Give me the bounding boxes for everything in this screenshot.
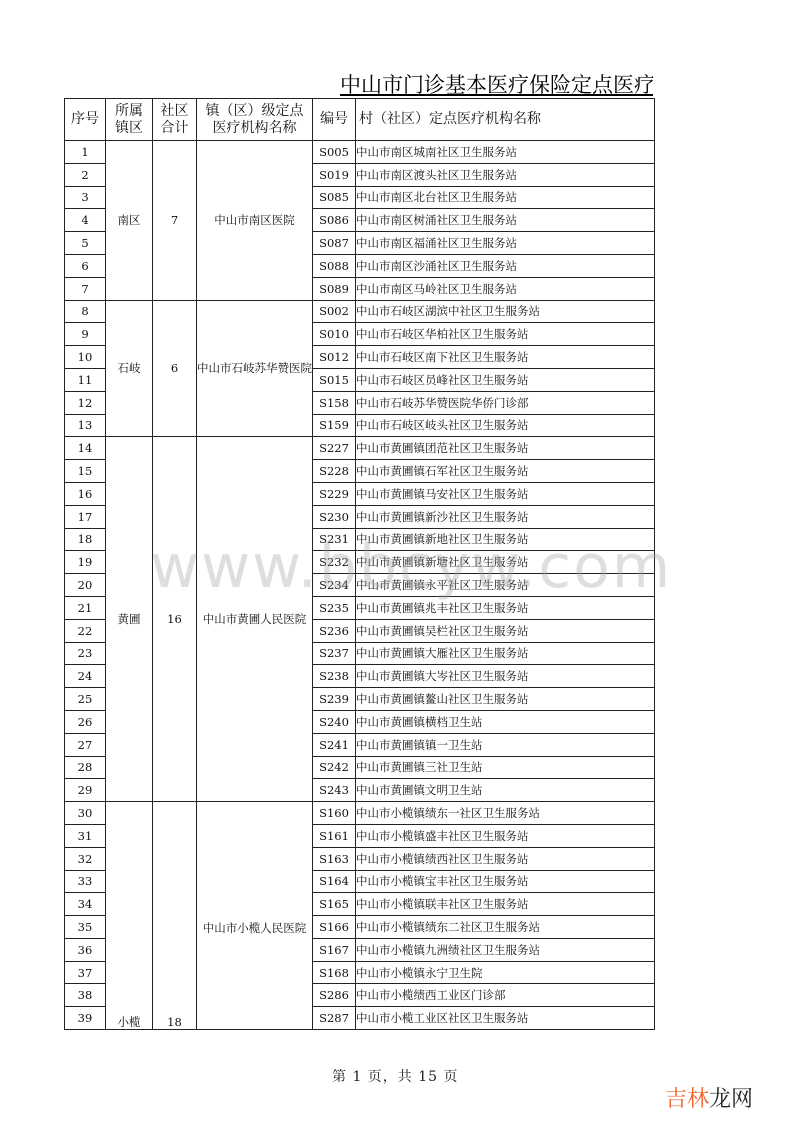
row-number: 35 xyxy=(65,916,106,939)
row-number: 34 xyxy=(65,893,106,916)
header-count: 社区合计 xyxy=(153,99,197,141)
district-cell: 南区 xyxy=(106,141,153,301)
station-code: S236 xyxy=(313,619,356,642)
document-title: 中山市门诊基本医疗保险定点医疗 xyxy=(340,73,653,99)
header-row: 序号 所属镇区 社区合计 镇（区）级定点医疗机构名称 编号 村（社区）定点医疗机… xyxy=(65,99,655,141)
station-name: 中山市黄圃镇大岑社区卫生服务站 xyxy=(356,665,655,688)
station-name: 中山市南区城南社区卫生服务站 xyxy=(356,141,655,164)
station-name: 中山市黄圃镇鳌山社区卫生服务站 xyxy=(356,688,655,711)
station-code: S002 xyxy=(313,300,356,323)
row-number: 4 xyxy=(65,209,106,232)
brand-part1: 吉林 xyxy=(665,1087,709,1112)
station-code: S015 xyxy=(313,368,356,391)
station-name: 中山市小榄镇联丰社区卫生服务站 xyxy=(356,893,655,916)
station-code: S164 xyxy=(313,870,356,893)
row-number: 2 xyxy=(65,163,106,186)
row-number: 5 xyxy=(65,232,106,255)
header-hospital: 镇（区）级定点医疗机构名称 xyxy=(197,99,313,141)
station-name: 中山市黄圃镇马安社区卫生服务站 xyxy=(356,482,655,505)
row-number: 20 xyxy=(65,574,106,597)
station-code: S089 xyxy=(313,277,356,300)
station-name: 中山市石岐区岐头社区卫生服务站 xyxy=(356,414,655,437)
station-code: S086 xyxy=(313,209,356,232)
station-code: S163 xyxy=(313,847,356,870)
district-cell: 黄圃 xyxy=(106,437,153,802)
station-name: 中山市黄圃镇横档卫生站 xyxy=(356,710,655,733)
station-name: 中山市南区马岭社区卫生服务站 xyxy=(356,277,655,300)
header-no: 序号 xyxy=(65,99,106,141)
station-name: 中山市黄圃镇兆丰社区卫生服务站 xyxy=(356,596,655,619)
row-number: 1 xyxy=(65,141,106,164)
station-name: 中山市黄圃镇文明卫生站 xyxy=(356,779,655,802)
row-number: 28 xyxy=(65,756,106,779)
station-name: 中山市南区北台社区卫生服务站 xyxy=(356,186,655,209)
station-code: S005 xyxy=(313,141,356,164)
station-name: 中山市小榄镇绩东二社区卫生服务站 xyxy=(356,916,655,939)
row-number: 32 xyxy=(65,847,106,870)
row-number: 6 xyxy=(65,254,106,277)
station-code: S087 xyxy=(313,232,356,255)
clinic-table: 序号 所属镇区 社区合计 镇（区）级定点医疗机构名称 编号 村（社区）定点医疗机… xyxy=(64,98,655,1030)
row-number: 33 xyxy=(65,870,106,893)
station-name: 中山市小榄工业区社区卫生服务站 xyxy=(356,1007,655,1030)
station-name: 中山市南区渡头社区卫生服务站 xyxy=(356,163,655,186)
station-code: S085 xyxy=(313,186,356,209)
station-code: S234 xyxy=(313,574,356,597)
header-district: 所属镇区 xyxy=(106,99,153,141)
station-name: 中山市黄圃镇三社卫生站 xyxy=(356,756,655,779)
station-name: 中山市小榄镇绩西社区卫生服务站 xyxy=(356,847,655,870)
table-row: 1南区7中山市南区医院S005中山市南区城南社区卫生服务站 xyxy=(65,141,655,164)
page-footer: 第 1 页，共 15 页 xyxy=(332,1066,459,1086)
row-number: 14 xyxy=(65,437,106,460)
station-code: S239 xyxy=(313,688,356,711)
station-name: 中山市黄圃镇镇一卫生站 xyxy=(356,733,655,756)
district-cell: 小榄 xyxy=(106,802,153,1030)
row-number: 27 xyxy=(65,733,106,756)
community-count-cell: 7 xyxy=(153,141,197,301)
row-number: 24 xyxy=(65,665,106,688)
station-name: 中山市石岐区南下社区卫生服务站 xyxy=(356,346,655,369)
hospital-cell: 中山市南区医院 xyxy=(197,141,313,301)
table-row: 14黄圃16中山市黄圃人民医院S227中山市黄圃镇团范社区卫生服务站 xyxy=(65,437,655,460)
row-number: 10 xyxy=(65,346,106,369)
station-code: S232 xyxy=(313,551,356,574)
station-code: S230 xyxy=(313,505,356,528)
row-number: 38 xyxy=(65,984,106,1007)
station-code: S160 xyxy=(313,802,356,825)
station-name: 中山市石岐区湖滨中社区卫生服务站 xyxy=(356,300,655,323)
station-code: S241 xyxy=(313,733,356,756)
table-row: 30小榄18中山市小榄人民医院S160中山市小榄镇绩东一社区卫生服务站 xyxy=(65,802,655,825)
station-code: S243 xyxy=(313,779,356,802)
row-number: 25 xyxy=(65,688,106,711)
row-number: 11 xyxy=(65,368,106,391)
row-number: 13 xyxy=(65,414,106,437)
station-code: S166 xyxy=(313,916,356,939)
station-name: 中山市南区福涌社区卫生服务站 xyxy=(356,232,655,255)
station-name: 中山市石岐区华柏社区卫生服务站 xyxy=(356,323,655,346)
hospital-cell: 中山市黄圃人民医院 xyxy=(197,437,313,802)
community-count-cell: 6 xyxy=(153,300,197,437)
community-count-cell: 18 xyxy=(153,802,197,1030)
station-name: 中山市黄圃镇石军社区卫生服务站 xyxy=(356,460,655,483)
hospital-cell: 中山市小榄人民医院 xyxy=(197,802,313,1030)
row-number: 26 xyxy=(65,710,106,733)
station-name: 中山市黄圃镇新地社区卫生服务站 xyxy=(356,528,655,551)
station-name: 中山市黄圃镇新沙社区卫生服务站 xyxy=(356,505,655,528)
station-name: 中山市小榄镇九洲绩社区卫生服务站 xyxy=(356,938,655,961)
station-code: S019 xyxy=(313,163,356,186)
table-row: 8石岐6中山市石岐苏华赞医院S002中山市石岐区湖滨中社区卫生服务站 xyxy=(65,300,655,323)
station-name: 中山市南区树涌社区卫生服务站 xyxy=(356,209,655,232)
row-number: 9 xyxy=(65,323,106,346)
station-code: S242 xyxy=(313,756,356,779)
row-number: 29 xyxy=(65,779,106,802)
hospital-cell: 中山市石岐苏华赞医院 xyxy=(197,300,313,437)
row-number: 19 xyxy=(65,551,106,574)
row-number: 12 xyxy=(65,391,106,414)
station-code: S088 xyxy=(313,254,356,277)
community-count-cell: 16 xyxy=(153,437,197,802)
station-name: 中山市黄圃镇团范社区卫生服务站 xyxy=(356,437,655,460)
station-code: S286 xyxy=(313,984,356,1007)
station-code: S165 xyxy=(313,893,356,916)
row-number: 30 xyxy=(65,802,106,825)
row-number: 21 xyxy=(65,596,106,619)
row-number: 31 xyxy=(65,824,106,847)
station-name: 中山市黄圃镇永平社区卫生服务站 xyxy=(356,574,655,597)
station-code: S231 xyxy=(313,528,356,551)
row-number: 8 xyxy=(65,300,106,323)
row-number: 36 xyxy=(65,938,106,961)
row-number: 18 xyxy=(65,528,106,551)
station-code: S167 xyxy=(313,938,356,961)
station-code: S158 xyxy=(313,391,356,414)
station-name: 中山市黄圃镇新塘社区卫生服务站 xyxy=(356,551,655,574)
station-name: 中山市小榄绩西工业区门诊部 xyxy=(356,984,655,1007)
station-code: S010 xyxy=(313,323,356,346)
station-code: S159 xyxy=(313,414,356,437)
station-code: S238 xyxy=(313,665,356,688)
station-code: S012 xyxy=(313,346,356,369)
station-code: S229 xyxy=(313,482,356,505)
station-name: 中山市南区沙涌社区卫生服务站 xyxy=(356,254,655,277)
row-number: 17 xyxy=(65,505,106,528)
brand-part2: 龙网 xyxy=(709,1087,753,1112)
row-number: 16 xyxy=(65,482,106,505)
row-number: 39 xyxy=(65,1007,106,1030)
station-code: S235 xyxy=(313,596,356,619)
row-number: 7 xyxy=(65,277,106,300)
row-number: 3 xyxy=(65,186,106,209)
station-code: S240 xyxy=(313,710,356,733)
brand-logo: 吉林龙网 xyxy=(665,1082,753,1113)
station-name: 中山市小榄镇绩东一社区卫生服务站 xyxy=(356,802,655,825)
station-name: 中山市石岐苏华赞医院华侨门诊部 xyxy=(356,391,655,414)
row-number: 37 xyxy=(65,961,106,984)
station-name: 中山市黄圃镇大雁社区卫生服务站 xyxy=(356,642,655,665)
station-code: S228 xyxy=(313,460,356,483)
row-number: 15 xyxy=(65,460,106,483)
district-cell: 石岐 xyxy=(106,300,153,437)
station-name: 中山市石岐区员峰社区卫生服务站 xyxy=(356,368,655,391)
station-code: S161 xyxy=(313,824,356,847)
row-number: 23 xyxy=(65,642,106,665)
station-name: 中山市黄圃镇吴栏社区卫生服务站 xyxy=(356,619,655,642)
header-station-name: 村（社区）定点医疗机构名称 xyxy=(356,99,655,141)
station-name: 中山市小榄镇宝丰社区卫生服务站 xyxy=(356,870,655,893)
station-name: 中山市小榄镇永宁卫生院 xyxy=(356,961,655,984)
station-code: S227 xyxy=(313,437,356,460)
station-code: S168 xyxy=(313,961,356,984)
row-number: 22 xyxy=(65,619,106,642)
station-name: 中山市小榄镇盛丰社区卫生服务站 xyxy=(356,824,655,847)
station-code: S237 xyxy=(313,642,356,665)
header-code: 编号 xyxy=(313,99,356,141)
station-code: S287 xyxy=(313,1007,356,1030)
